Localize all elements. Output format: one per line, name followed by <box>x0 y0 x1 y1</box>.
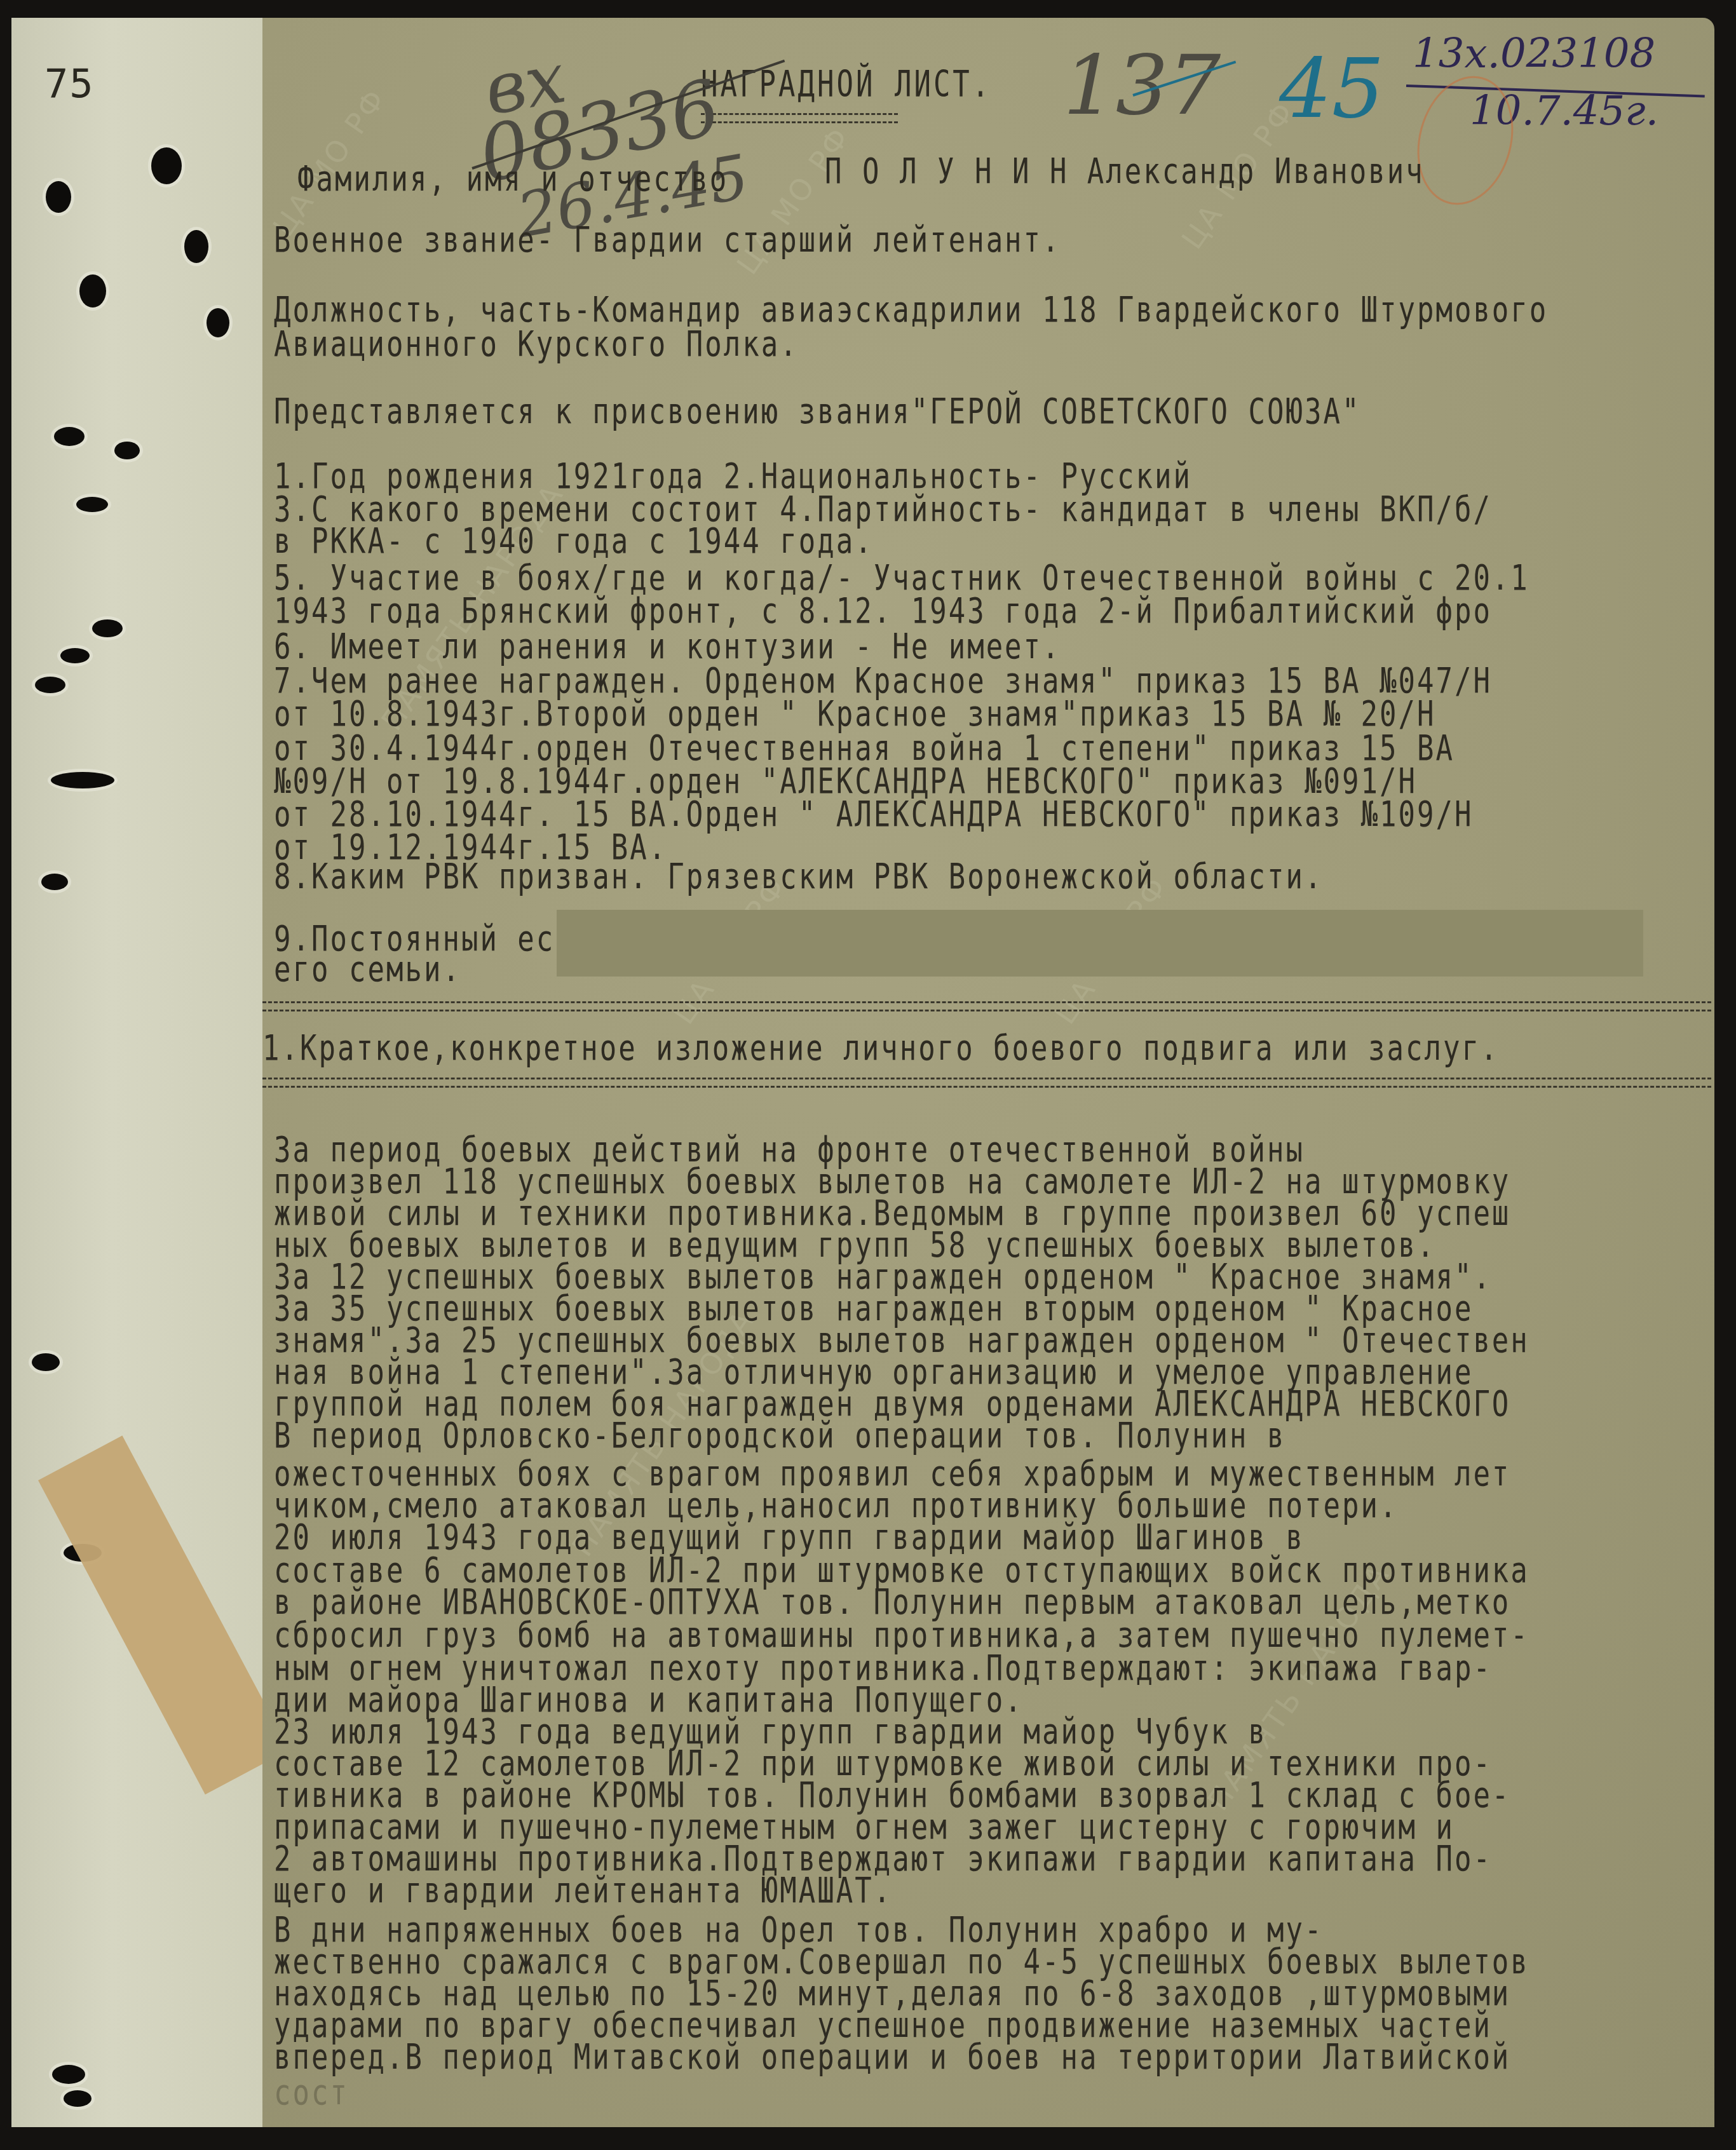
title-underline <box>701 113 898 123</box>
punch-hole <box>32 1353 60 1371</box>
punch-hole <box>92 619 123 637</box>
item-conscription: 8.Каким РВК призван. Грязевским РВК Воро… <box>274 856 1323 897</box>
punch-hole <box>114 442 140 459</box>
punch-hole <box>184 230 208 263</box>
name-label: Фамилия, имя и отчество <box>297 159 728 199</box>
redacted-address <box>557 910 1643 977</box>
punch-hole <box>51 772 114 788</box>
punch-hole <box>60 648 90 663</box>
nomination-field: Представляется к присвоению звания"ГЕРОЙ… <box>274 391 1360 432</box>
position-field-line-2: Авиационного Курского Полка. <box>274 324 799 365</box>
punch-hole <box>52 2065 85 2084</box>
punch-hole <box>46 181 71 213</box>
punch-hole <box>151 147 182 184</box>
punch-hole <box>35 677 65 693</box>
blue-number: 45 <box>1279 40 1384 137</box>
item-combat-participation-cont: 1943 года Брянский фронт, с 8.12. 1943 г… <box>274 591 1492 632</box>
name-value: П О Л У Н И Н Александр Иванович <box>825 151 1425 192</box>
punch-hole <box>64 2090 92 2107</box>
item-service-party-cont: в РККА- с 1940 года с 1944 года. <box>274 521 874 562</box>
item-address-cont: его семьи. <box>274 949 461 990</box>
punch-hole <box>207 308 229 337</box>
narrative-line-faded: сост <box>274 2072 349 2113</box>
section-divider-bottom <box>262 1078 1711 1088</box>
archive-sheet-number: 75 <box>44 60 95 107</box>
pencil-number: 137 <box>1063 37 1221 133</box>
award-sheet-page: ЦА МО РФ ЦА МО РФ ЦА МО РФ ПАМЯТЬ НАРОДА… <box>262 18 1714 2127</box>
punch-hole <box>79 274 106 308</box>
binding-strip <box>11 18 264 2127</box>
narrative-line: щего и гвардии лейтенанта ЮМАШАТ. <box>274 1870 892 1911</box>
rank-field: Военное звание- Гвардии старший лейтенан… <box>274 220 1061 260</box>
document-title: НАГРАДНОЙ ЛИСТ. <box>701 64 991 105</box>
section-title: 1.Краткое,конкретное изложение личного б… <box>262 1028 1499 1069</box>
section-divider-top <box>262 1001 1711 1011</box>
punch-hole <box>54 427 85 446</box>
registration-number: 13х.023108 <box>1413 30 1655 78</box>
punch-hole <box>41 874 68 890</box>
punch-hole <box>76 497 108 512</box>
narrative-line: В период Орловско-Белгородской операции … <box>274 1416 1285 1456</box>
narrative-line: вперед.В период Митавской операции и бое… <box>274 2037 1510 2078</box>
